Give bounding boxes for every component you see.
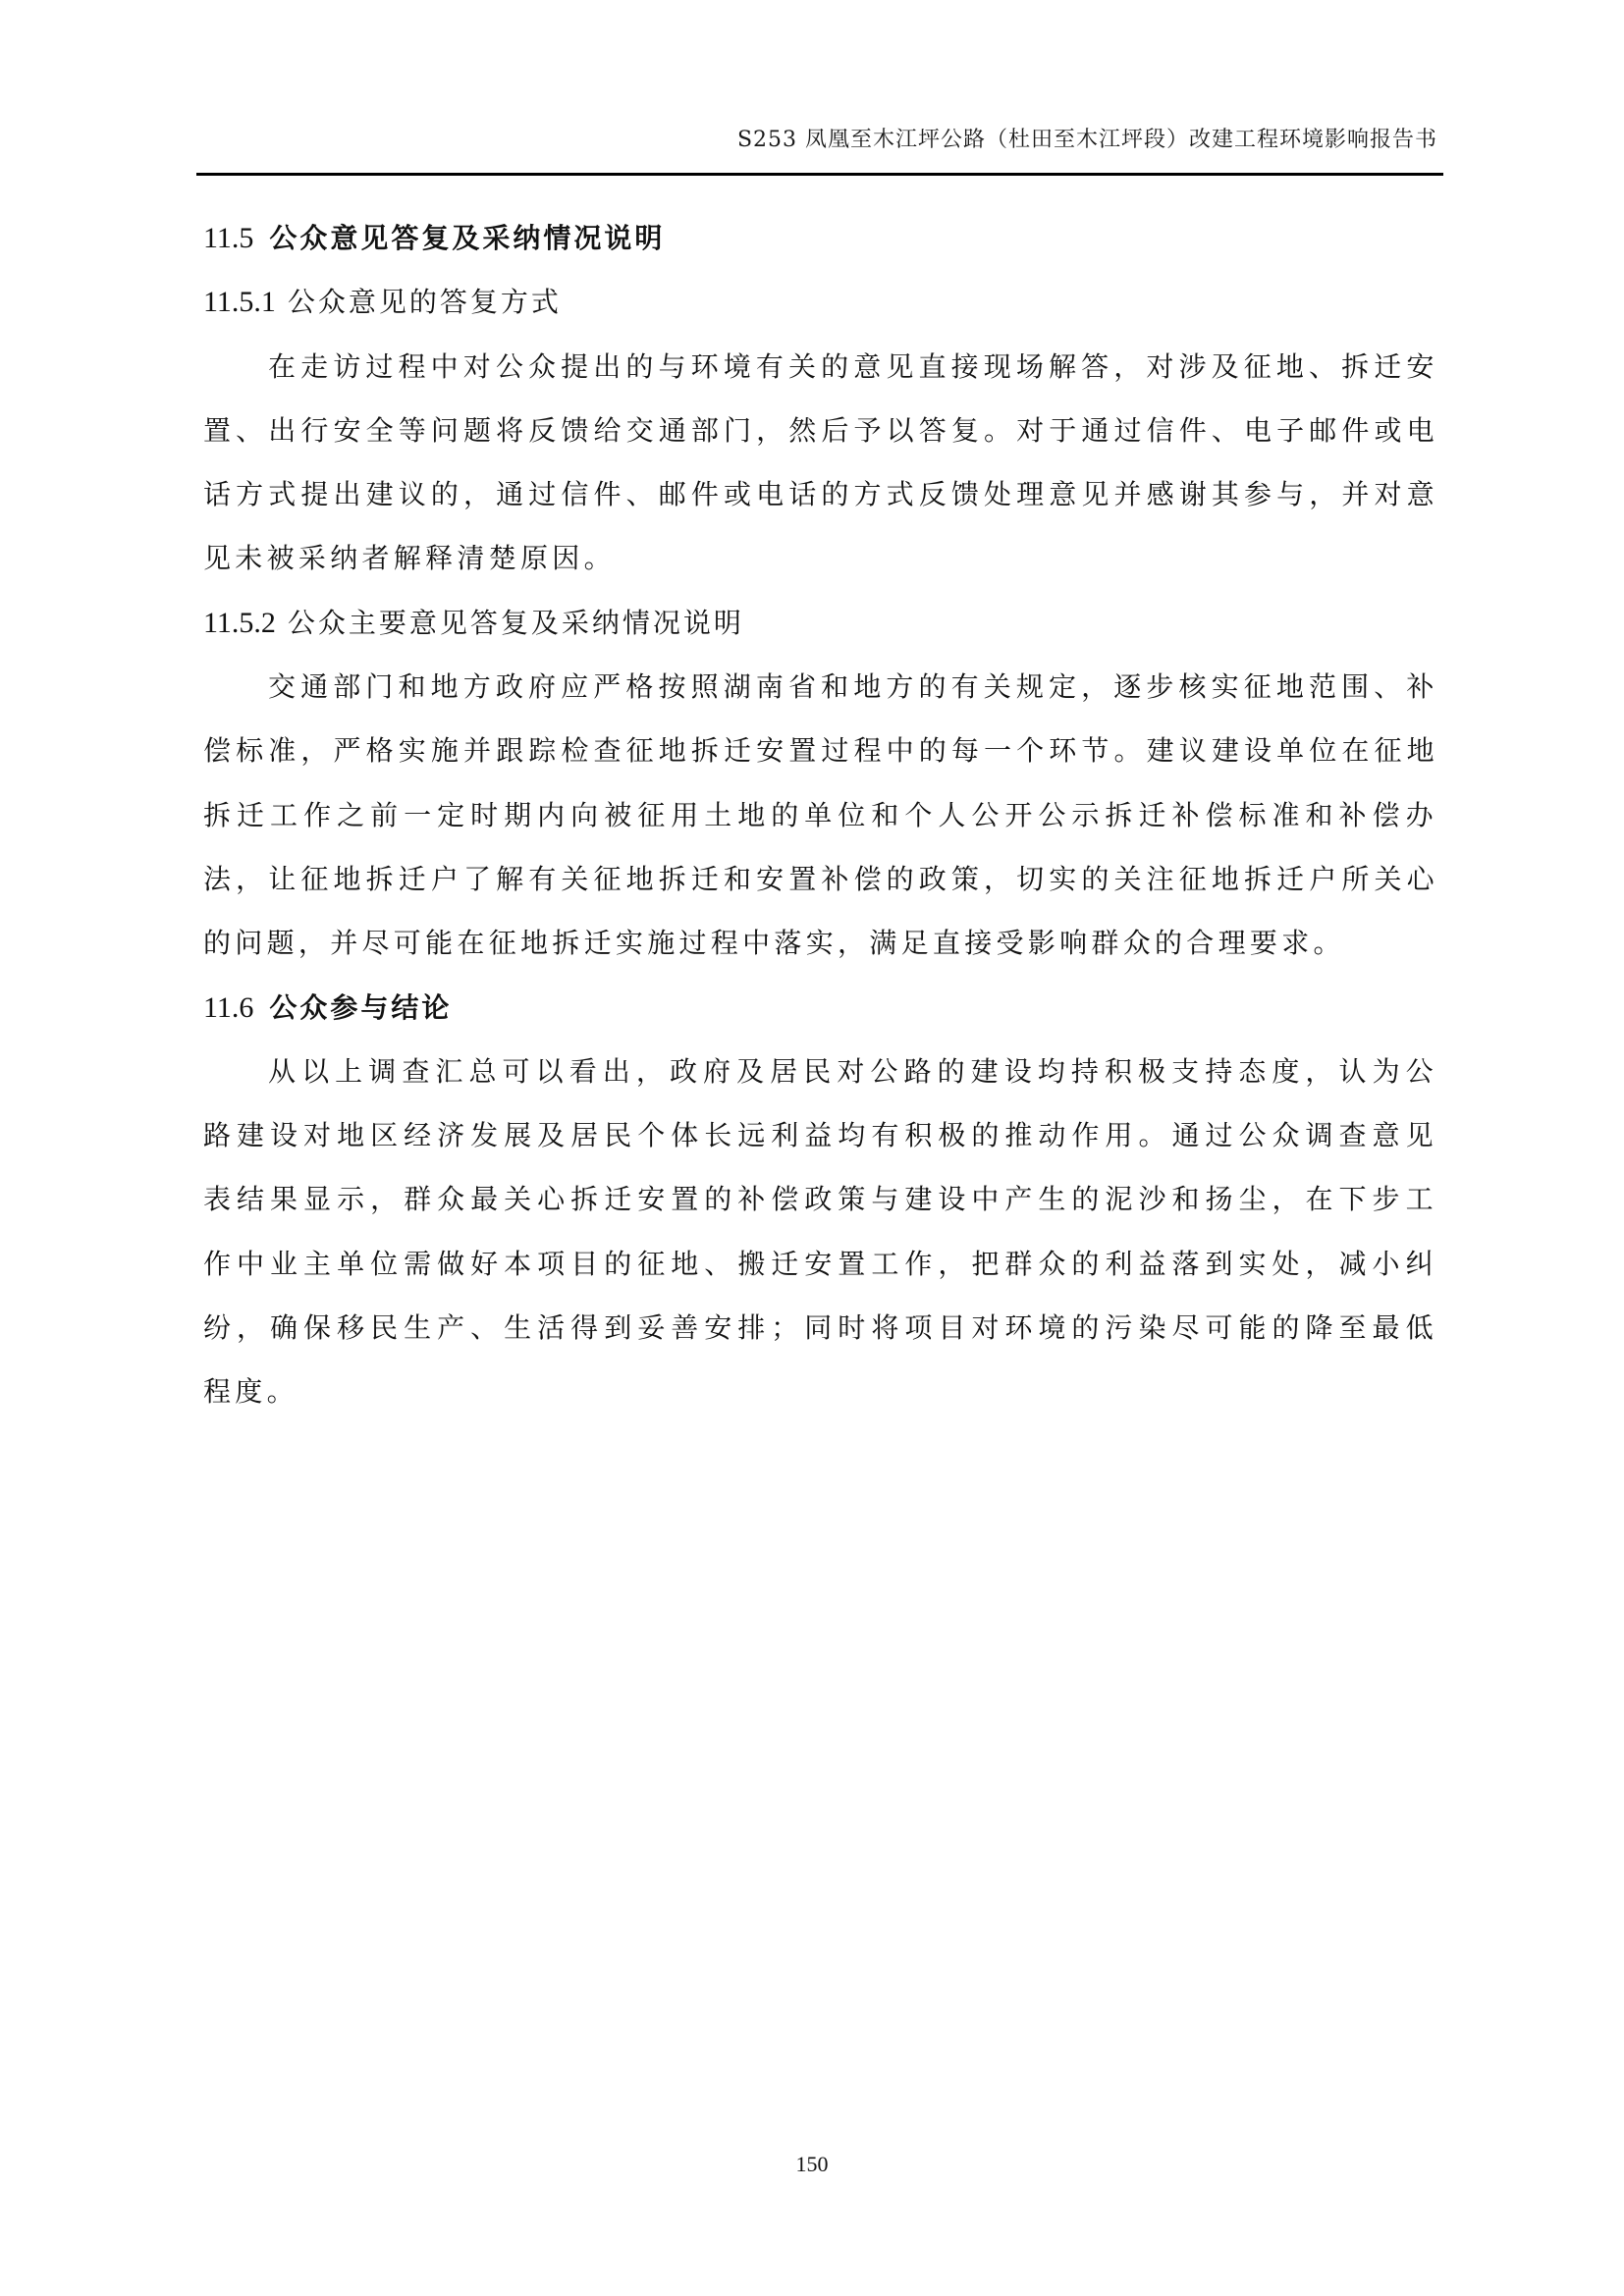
section-number: 11.5: [203, 222, 253, 254]
paragraph-line: 的问题，并尽可能在征地拆迁实施过程中落实，满足直接受影响群众的合理要求。: [203, 911, 1439, 975]
paragraph-line: 从以上调查汇总可以看出，政府及居民对公路的建设均持积极支持态度，认为公: [203, 1040, 1439, 1103]
paragraph-line: 在走访过程中对公众提出的与环境有关的意见直接现场解答，对涉及征地、拆迁安: [203, 335, 1439, 399]
section-number: 11.5.2: [203, 607, 276, 639]
paragraph-line: 路建设对地区经济发展及居民个体长远利益均有积极的推动作用。通过公众调查意见: [203, 1103, 1439, 1167]
subsection-heading-11-5-2: 11.5.2公众主要意见答复及采纳情况说明: [203, 591, 1439, 655]
section-title: 公众意见答复及采纳情况说明: [269, 222, 665, 254]
paragraph-line: 表结果显示，群众最关心拆迁安置的补偿政策与建设中产生的泥沙和扬尘，在下步工: [203, 1167, 1439, 1231]
section-heading-11-5: 11.5公众意见答复及采纳情况说明: [203, 206, 1439, 270]
paragraph-line: 纷，确保移民生产、生活得到妥善安排；同时将项目对环境的污染尽可能的降至最低: [203, 1296, 1439, 1360]
subsection-heading-11-5-1: 11.5.1公众意见的答复方式: [203, 270, 1439, 334]
paragraph-line: 见未被采纳者解释清楚原因。: [203, 526, 1439, 590]
paragraph-line: 法，让征地拆迁户了解有关征地拆迁和安置补偿的政策，切实的关注征地拆迁户所关心: [203, 847, 1439, 911]
page-header: S253 凤凰至木江坪公路（杜田至木江坪段）改建工程环境影响报告书: [196, 126, 1443, 177]
paragraph-line: 程度。: [203, 1360, 1439, 1423]
section-title: 公众主要意见答复及采纳情况说明: [288, 607, 744, 639]
paragraph-line: 话方式提出建议的，通过信件、邮件或电话的方式反馈处理意见并感谢其参与，并对意: [203, 462, 1439, 526]
section-number: 11.5.1: [203, 286, 276, 318]
section-title: 公众参与结论: [269, 991, 452, 1024]
document-title: S253 凤凰至木江坪公路（杜田至木江坪段）改建工程环境影响报告书: [737, 126, 1437, 155]
paragraph-line: 置、出行安全等问题将反馈给交通部门，然后予以答复。对于通过信件、电子邮件或电: [203, 399, 1439, 462]
page-content: 11.5公众意见答复及采纳情况说明 11.5.1公众意见的答复方式 在走访过程中…: [203, 206, 1439, 1424]
page-number: 150: [0, 2152, 1624, 2177]
paragraph-reply-method: 在走访过程中对公众提出的与环境有关的意见直接现场解答，对涉及征地、拆迁安 置、出…: [203, 335, 1439, 591]
paragraph-line: 偿标准，严格实施并跟踪检查征地拆迁安置过程中的每一个环节。建议建设单位在征地: [203, 719, 1439, 782]
paragraph-line: 交通部门和地方政府应严格按照湖南省和地方的有关规定，逐步核实征地范围、补: [203, 655, 1439, 719]
header-rule: [196, 173, 1443, 176]
section-title: 公众意见的答复方式: [288, 286, 562, 318]
section-number: 11.6: [203, 991, 253, 1024]
paragraph-line: 拆迁工作之前一定时期内向被征用土地的单位和个人公开公示拆迁补偿标准和补偿办: [203, 783, 1439, 847]
paragraph-main-opinions: 交通部门和地方政府应严格按照湖南省和地方的有关规定，逐步核实征地范围、补 偿标准…: [203, 655, 1439, 975]
paragraph-line: 作中业主单位需做好本项目的征地、搬迁安置工作，把群众的利益落到实处，减小纠: [203, 1232, 1439, 1296]
paragraph-conclusion: 从以上调查汇总可以看出，政府及居民对公路的建设均持积极支持态度，认为公 路建设对…: [203, 1040, 1439, 1424]
section-heading-11-6: 11.6公众参与结论: [203, 976, 1439, 1040]
